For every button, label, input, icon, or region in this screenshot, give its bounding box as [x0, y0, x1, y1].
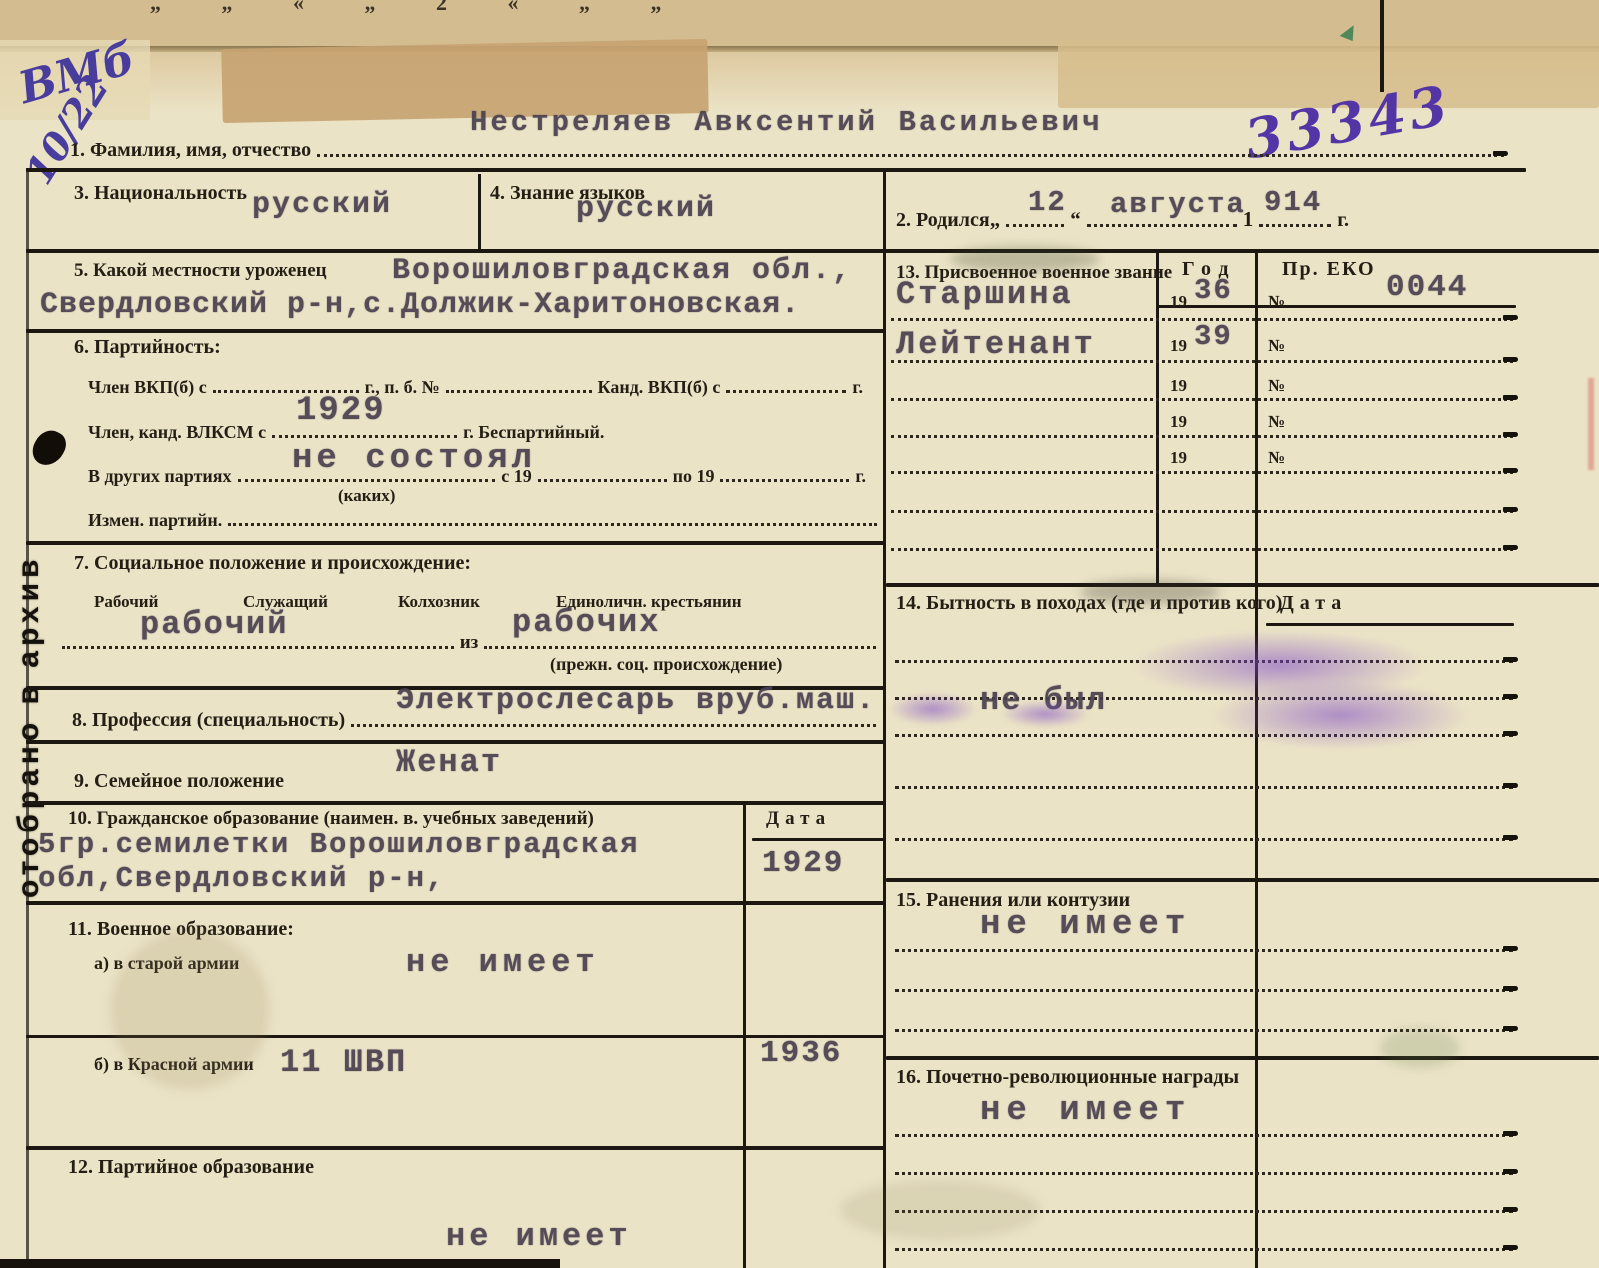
option-kolkhoznik: Колхозник [398, 592, 480, 612]
open-quote: „ [990, 207, 1001, 232]
year-prefix: 19 [1170, 336, 1187, 356]
dotted-line [895, 838, 1513, 841]
number-sign: № [1268, 412, 1285, 432]
rank-row-value: Старшина [896, 276, 1074, 313]
dotted-line [1087, 224, 1237, 227]
field-8-label: 8. Профессия (специальность) [72, 709, 345, 732]
dotted-line [62, 646, 454, 649]
field-11b-value: 11 ШВП [280, 1044, 407, 1081]
vkp-label-d: г. [852, 377, 863, 398]
field-11a-value: не имеет [406, 944, 600, 981]
field-7-label: 7. Социальное положение и происхождение: [74, 552, 471, 575]
field-6-label: 6. Партийность: [74, 336, 221, 359]
field-9-value: Женат [396, 744, 502, 781]
field-2-label: 2. Родился [896, 209, 990, 232]
izmen-label: Измен. партийн. [88, 510, 222, 531]
rank-row-value: Лейтенант [896, 326, 1096, 363]
dotted-line [726, 390, 846, 393]
year-prefix: 19 [1170, 412, 1187, 432]
paper-stain [110, 930, 270, 1090]
rank-row-order: 0044 [1386, 270, 1468, 305]
field-15-value: не имеет [980, 906, 1191, 944]
rank-row-year: 39 [1194, 320, 1233, 353]
rule [26, 168, 1526, 172]
number-sign: № [1268, 336, 1285, 356]
dotted-line [891, 510, 1513, 513]
origin-row: из [56, 628, 882, 654]
dotted-line [895, 1248, 1513, 1251]
dotted-line [1006, 224, 1064, 227]
date-column-divider [743, 801, 746, 1268]
dotted-line [895, 1172, 1513, 1175]
purple-ink-smudge [888, 692, 978, 726]
field-12-value: не имеет [446, 1218, 632, 1255]
other-label-b: с 19 [501, 466, 532, 487]
origin-note: (прежн. соц. происхождение) [550, 654, 782, 675]
other-parties-row: В других партиях с 19 по 19 г. [88, 461, 866, 487]
dotted-line [538, 479, 667, 482]
dotted-line [895, 949, 1513, 952]
field-10-date-header: Дата [766, 808, 831, 830]
number-sign: № [1268, 292, 1285, 312]
rule [26, 901, 886, 905]
dotted-line [446, 390, 592, 393]
field-16-label: 16. Почетно-революционные награды [896, 1066, 1239, 1089]
field-13-order-header: Пр. ЕКО [1282, 258, 1376, 281]
rule [886, 583, 1599, 587]
bottom-edge [0, 1259, 560, 1268]
year-suffix: г. [1337, 209, 1349, 232]
dotted-line [351, 724, 876, 727]
dotted-line [272, 435, 457, 438]
field-5-value-2: Свердловский р-н,с.Должик-Харитоновская. [40, 288, 800, 322]
number-sign: № [1268, 376, 1285, 396]
top-tick-mark [1380, 0, 1384, 92]
vkp-label-c: Канд. ВКП(б) с [598, 377, 721, 398]
number-sign: № [1268, 448, 1285, 468]
field-14-date-header: Дата [1280, 592, 1347, 615]
close-quote: “ [1070, 207, 1081, 232]
dotted-line [895, 1134, 1513, 1137]
dotted-line [891, 435, 1513, 438]
field-5-label: 5. Какой местности уроженец [74, 260, 327, 282]
izmen-row: Измен. партийн. [88, 505, 883, 531]
rank-row-year: 36 [1194, 274, 1233, 307]
rule [26, 249, 1599, 253]
rule [26, 801, 886, 805]
dotted-line [1259, 224, 1331, 227]
rule [26, 1146, 886, 1150]
field-10-value-1: 5гр.семилетки Ворошиловградская [38, 828, 640, 861]
vlksm-label-a: Член, канд. ВЛКСМ с [88, 422, 266, 443]
dotted-line [317, 154, 1504, 157]
birth-month: августа [1110, 188, 1246, 221]
left-border [26, 168, 29, 1268]
rule [26, 329, 886, 333]
rule [26, 541, 886, 545]
cut-off-top-text: „ „ « „ 2 « „ „ [150, 0, 662, 16]
column-divider [883, 168, 886, 1268]
other-label-d: г. [855, 466, 866, 487]
dotted-line [891, 548, 1513, 551]
purple-ink-smudge [1210, 680, 1470, 750]
dotted-line [228, 523, 877, 526]
year-prefix: 19 [1170, 448, 1187, 468]
field-10-value-2: обл,Свердловский р-н, [38, 862, 445, 895]
rank-table-divider-1 [1156, 250, 1159, 585]
dotted-line [895, 786, 1513, 789]
rank-table-divider-2 [1255, 250, 1258, 1268]
date-underline [752, 838, 884, 841]
dotted-line [238, 479, 496, 482]
field-5-value-1: Ворошиловградская обл., [392, 254, 852, 288]
birth-day: 12 [1028, 186, 1067, 219]
other-label-c: по 19 [673, 466, 715, 487]
field-3-value: русский [252, 188, 392, 222]
field-8-row: 8. Профессия (специальность) [72, 706, 882, 732]
divider-3-4 [478, 174, 481, 252]
field-10-label: 10. Гражданское образование (наимен. в. … [68, 808, 594, 830]
field-12-label: 12. Партийное образование [68, 1156, 314, 1179]
paper-stain [1380, 1028, 1460, 1068]
vkp-row: Член ВКП(б) с г., п. б. № Канд. ВКП(б) с… [88, 372, 863, 398]
dotted-line [895, 989, 1513, 992]
rule [886, 1056, 1599, 1060]
purple-ink-smudge [1000, 700, 1090, 728]
field-16-value: не имеет [980, 1092, 1191, 1130]
dotted-line [891, 398, 1513, 401]
archive-stamp: отобрано в архив [12, 418, 46, 898]
field-4-value: русский [576, 192, 716, 226]
military-record-card: „ „ « „ 2 « „ „ ВМб 10/22 33343 отобрано… [0, 0, 1599, 1268]
dotted-line [720, 479, 849, 482]
vkp-label-a: Член ВКП(б) с [88, 377, 207, 398]
rule [886, 878, 1599, 882]
dotted-line [891, 471, 1513, 474]
year-prefix: 19 [1170, 376, 1187, 396]
field-3-label: 3. Национальность [74, 182, 247, 205]
date-underline [1266, 623, 1514, 626]
field-11b-date: 1936 [760, 1036, 842, 1071]
year-prefix: 19 [1170, 292, 1187, 312]
field-1-value: Нестреляев Авксентий Васильевич [470, 106, 1103, 139]
other-label-a: В других партиях [88, 466, 232, 487]
field-1-label: 1. Фамилия, имя, отчество [70, 139, 311, 162]
dotted-line [891, 360, 1513, 363]
field-9-label: 9. Семейное положение [74, 770, 284, 793]
field-10-date: 1929 [762, 846, 844, 881]
dotted-line [484, 646, 876, 649]
iz-label: из [460, 632, 479, 654]
kakikh-note: (каких) [338, 486, 395, 506]
ink-smear [950, 246, 1100, 272]
birth-year: 914 [1264, 186, 1322, 219]
ink-smear [1080, 580, 1220, 604]
red-edge-mark [1588, 378, 1594, 470]
paper-stain [840, 1180, 1040, 1240]
